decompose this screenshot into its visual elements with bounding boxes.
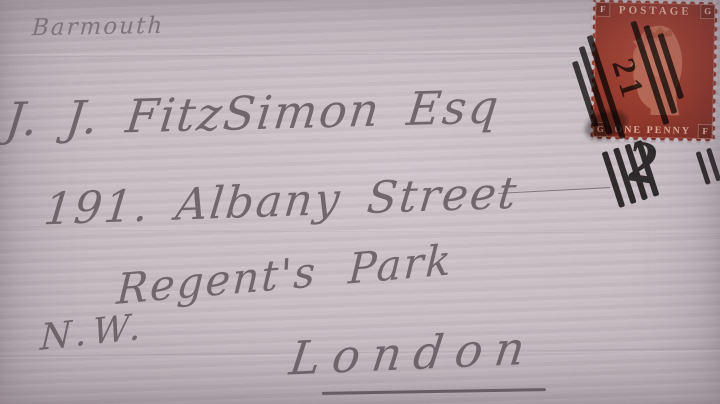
address-postal-line: N.W. [40,306,148,359]
address-street-line: 191. Albany Street [41,168,520,236]
postmark-bars [673,148,720,193]
sender-annotation: Barmouth [31,13,164,41]
address-district-line: Regent's Park [115,235,454,314]
address-city-line: London [287,320,541,385]
envelope: Barmouth J. J. FitzSimon Esq 191. Albany… [0,0,720,404]
city-underline [322,388,546,394]
address-recipient-line: J. J. FitzSimon Esq [3,79,503,146]
stamp-corner-letter-top-right: G [700,4,715,19]
postmark-second-strike: 2 [588,132,718,236]
